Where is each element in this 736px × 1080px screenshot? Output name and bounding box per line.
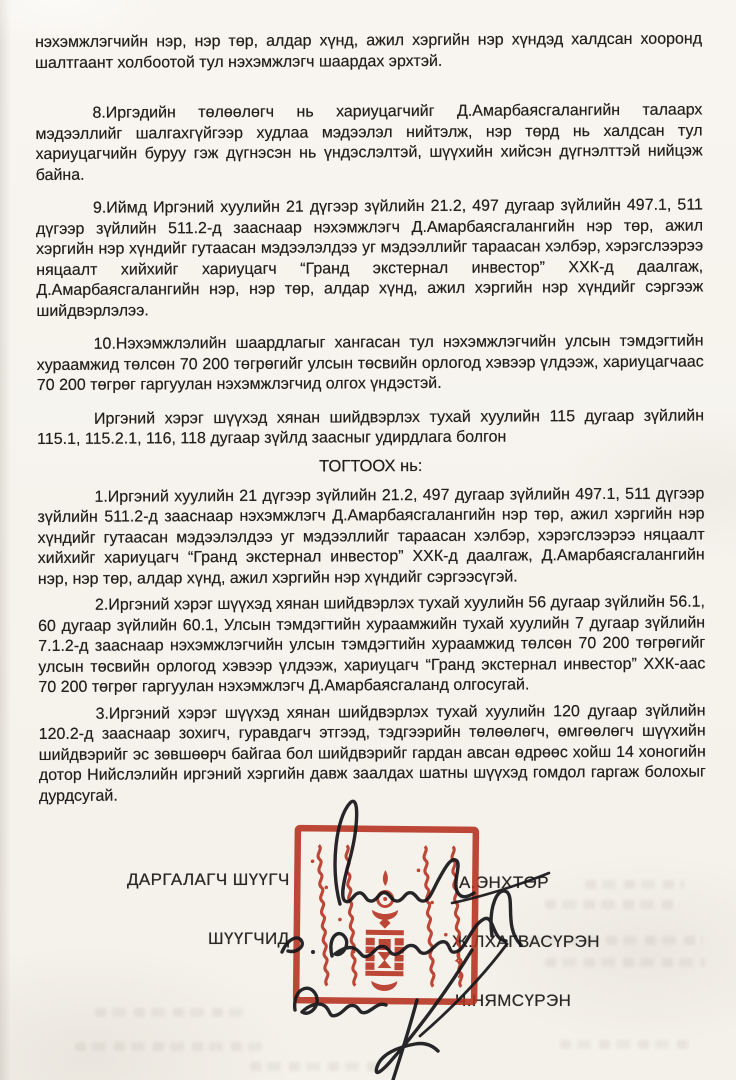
signature-presiding [335, 801, 474, 904]
resolution-paragraph-1: 1.Иргэний хуулийн 21 дүгээр зүйлийн 21.2… [37, 484, 705, 590]
resolution-paragraph-2: 2.Иргэний хэрэг шүүхэд хянан шийдвэрлэх … [38, 592, 706, 698]
paragraph-8: 8.Иргэдийн төлөөлөгч нь хариуцагчийг Д.А… [35, 101, 702, 186]
paragraph-legal-basis: Иргэний хэрэг шүүхэд хянан шийдвэрлэх ту… [37, 406, 704, 450]
paragraph-9: 9.Иймд Иргэний хуулийн 21 дүгээр зүйлийн… [36, 196, 704, 322]
bleedthrough-artifact [250, 1062, 390, 1071]
presiding-judge-label: ДАРГАЛАГЧ ШҮҮГЧ [127, 870, 290, 890]
judge-name-2: Ж.ЛХАГВАСҮРЭН [452, 932, 600, 952]
bleedthrough-artifact [545, 900, 680, 909]
bleedthrough-artifact [545, 958, 705, 967]
bleedthrough-artifact [585, 880, 685, 889]
decision-text-block: нэхэмжлэгчийн нэр, нэр төр, алдар хүнд, … [35, 30, 706, 813]
bleedthrough-artifact [95, 1008, 245, 1017]
bleedthrough-artifact [560, 1040, 690, 1049]
signature-judge-3 [295, 988, 386, 1016]
presiding-judge-name: А.ЭНХТӨР [459, 873, 549, 893]
official-seal-stamp-icon [296, 828, 476, 1002]
resolution-paragraph-3: 3.Иргэний хэрэг шүүхэд хянан шийдвэрлэх … [39, 701, 707, 807]
paragraph-10: 10.Нэхэмжлэлийн шаардлагыг хангасан тул … [37, 332, 704, 397]
resolution-heading: ТОГТООХ нь: [37, 454, 704, 478]
judge-name-3: Ч.НЯМСҮРЭН [455, 991, 571, 1011]
soyombo-emblem-icon [365, 870, 404, 991]
scanned-court-decision-page: нэхэмжлэгчийн нэр, нэр төр, алдар хүнд, … [0, 0, 736, 1080]
bleedthrough-artifact [75, 1042, 265, 1051]
paragraph-continuation: нэхэмжлэгчийн нэр, нэр төр, алдар хүнд, … [35, 30, 702, 74]
judges-label: ШҮҮГЧИД [208, 929, 290, 949]
resolution-paragraphs: 1.Иргэний хуулийн 21 дүгээр зүйлийн 21.2… [37, 484, 706, 807]
